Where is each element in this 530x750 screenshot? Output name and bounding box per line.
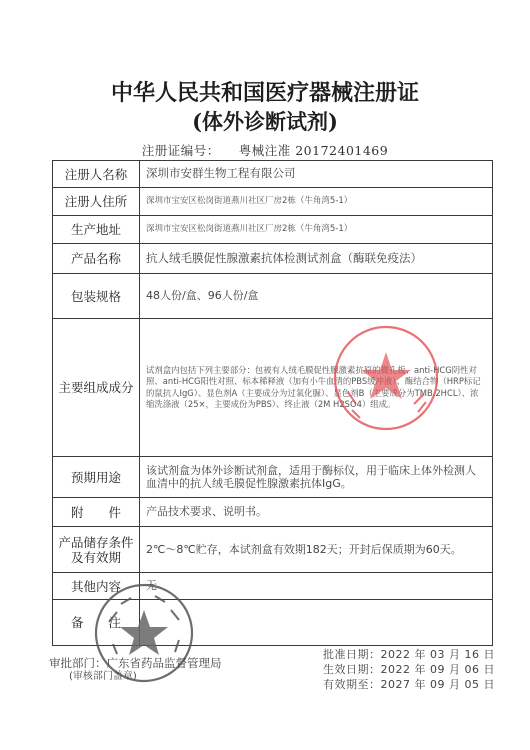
table-row: 包装规格 48人份/盒、96人份/盒: [53, 274, 493, 319]
document-title: 中华人民共和国医疗器械注册证: [0, 76, 530, 107]
row-label: 注册人名称: [53, 161, 140, 188]
row-value: 抗人绒毛膜促性腺激素抗体检测试剂盒（酶联免疫法）: [140, 244, 493, 274]
row-value: 48人份/盒、96人份/盒: [140, 274, 493, 319]
table-row: 产品储存条件及有效期 2℃～8℃贮存，本试剂盒有效期182天；开封后保质期为60…: [53, 527, 493, 573]
row-value: [140, 600, 493, 646]
registration-number-line: 注册证编号： 粤械注准 20172401469: [0, 141, 530, 159]
registration-number: 粤械注准 20172401469: [239, 143, 388, 158]
row-label: 主要组成成分: [53, 319, 140, 457]
table-row: 注册人名称 深圳市安群生物工程有限公司: [53, 161, 493, 188]
table-row: 产品名称 抗人绒毛膜促性腺激素抗体检测试剂盒（酶联免疫法）: [53, 244, 493, 274]
table-row: 生产地址 深圳市宝安区松岗街道燕川社区厂房2栋（牛角湾5-1）: [53, 216, 493, 244]
table-row: 预期用途 该试剂盒为体外诊断试剂盒，适用于酶标仪，用于临床上体外检测人血清中的抗…: [53, 457, 493, 498]
effective-date: 生效日期：2022 年 09 月 06 日: [323, 662, 495, 677]
table-row: 注册人住所 深圳市宝安区松岗街道燕川社区厂房2栋（牛角湾5-1）: [53, 188, 493, 216]
registration-table: 注册人名称 深圳市安群生物工程有限公司 注册人住所 深圳市宝安区松岗街道燕川社区…: [52, 160, 493, 646]
row-label: 其他内容: [53, 573, 140, 600]
row-label: 备 注: [53, 600, 140, 646]
issuing-authority: 审批部门：广东省药品监督管理局 (审核部门盖章): [49, 656, 222, 684]
row-label: 预期用途: [53, 457, 140, 498]
expiry-date: 有效期至：2027 年 09 月 05 日: [323, 677, 495, 692]
table-row: 备 注: [53, 600, 493, 646]
table-row: 其他内容 无: [53, 573, 493, 600]
row-value: 产品技术要求、说明书。: [140, 498, 493, 527]
approval-date: 批准日期：2022 年 03 月 16 日: [323, 647, 495, 662]
table-row: 主要组成成分 试剂盒内包括下列主要部分：包被有人绒毛膜促性腺激素抗原的微孔板、a…: [53, 319, 493, 457]
row-value: 2℃～8℃贮存，本试剂盒有效期182天；开封后保质期为60天。: [140, 527, 493, 573]
authority-name: 审批部门：广东省药品监督管理局: [49, 656, 222, 670]
row-value: 试剂盒内包括下列主要部分：包被有人绒毛膜促性腺激素抗原的微孔板、anti-HCG…: [140, 319, 493, 457]
row-label: 产品储存条件及有效期: [53, 527, 140, 573]
row-value: 无: [140, 573, 493, 600]
date-block: 批准日期：2022 年 03 月 16 日 生效日期：2022 年 09 月 0…: [323, 647, 495, 692]
row-label: 注册人住所: [53, 188, 140, 216]
row-value: 该试剂盒为体外诊断试剂盒，适用于酶标仪，用于临床上体外检测人血清中的抗人绒毛膜促…: [140, 457, 493, 498]
table-row: 附 件 产品技术要求、说明书。: [53, 498, 493, 527]
authority-sub: (审核部门盖章): [49, 670, 222, 684]
row-label: 附 件: [53, 498, 140, 527]
row-label: 生产地址: [53, 216, 140, 244]
document-subtitle: (体外诊断试剂): [0, 106, 530, 136]
row-label: 包装规格: [53, 274, 140, 319]
row-value: 深圳市宝安区松岗街道燕川社区厂房2栋（牛角湾5-1）: [140, 188, 493, 216]
row-value: 深圳市宝安区松岗街道燕川社区厂房2栋（牛角湾5-1）: [140, 216, 493, 244]
registration-label: 注册证编号：: [142, 143, 220, 158]
row-label: 产品名称: [53, 244, 140, 274]
row-value: 深圳市安群生物工程有限公司: [140, 161, 493, 188]
